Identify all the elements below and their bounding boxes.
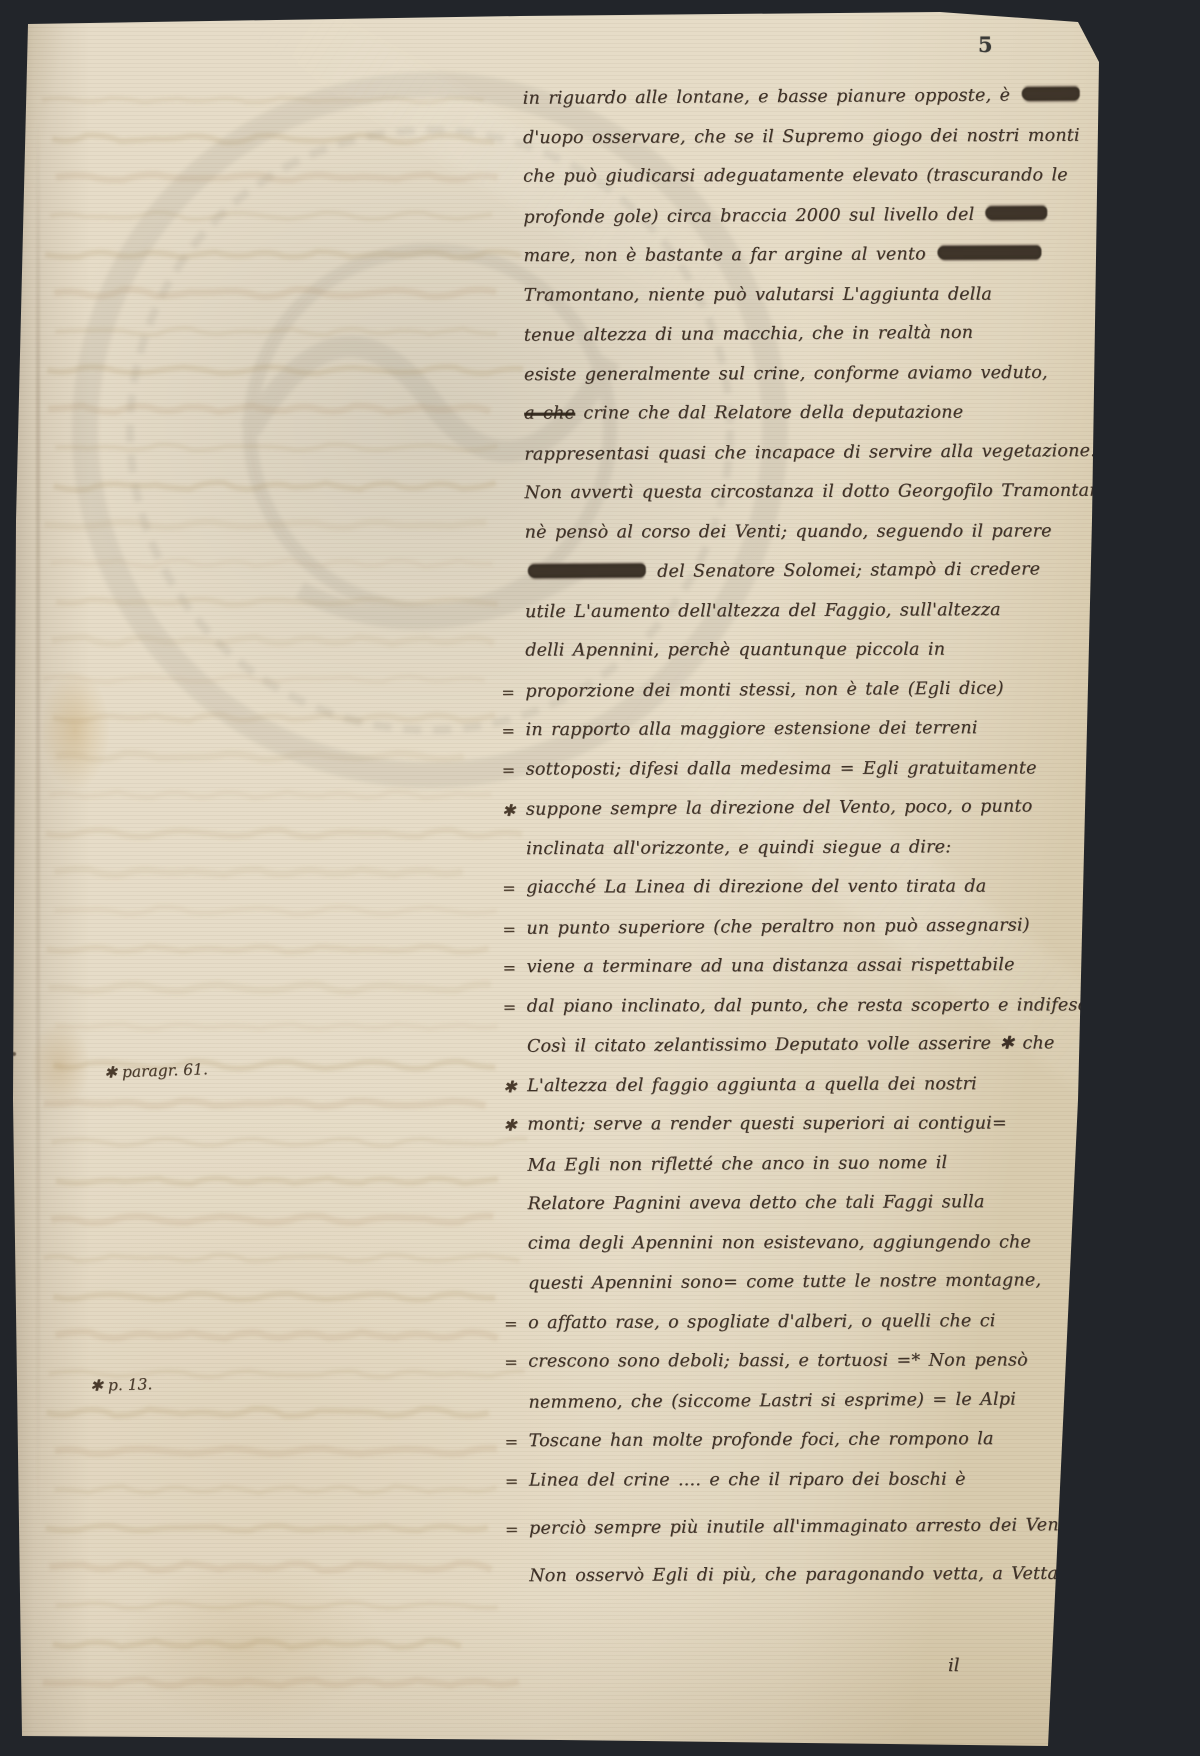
scribble-redaction <box>1021 87 1079 100</box>
text-line: =giacché La Linea di direzione del vento… <box>500 867 1085 908</box>
text-segment: dal piano inclinato, dal punto, che rest… <box>527 995 1104 1016</box>
scribble-redaction <box>528 564 646 578</box>
line-marker: = <box>505 1510 519 1550</box>
text-segment: Relatore Pagnini aveva detto che tali Fa… <box>528 1192 985 1214</box>
text-line: delli Apennini, perchè quantunque piccol… <box>499 630 1084 671</box>
text-line: Non avvertì questa circostanza il dotto … <box>498 472 1083 514</box>
text-segment: cima degli Apennini non esistevano, aggi… <box>528 1232 1031 1253</box>
text-line: =Linea del crine .... e che il riparo de… <box>503 1460 1088 1501</box>
line-marker: = <box>502 750 516 790</box>
text-line: =crescono sono deboli; bassi, e tortuosi… <box>502 1341 1087 1382</box>
manuscript-text: in riguardo alle lontane, e basse pianur… <box>497 77 1089 1597</box>
line-marker: = <box>504 1304 518 1344</box>
ink-specks <box>6 92 10 96</box>
text-line: =un punto superiore (che peraltro non pu… <box>500 906 1085 949</box>
text-line: esiste generalmente sul crine, conforme … <box>498 353 1083 395</box>
text-line: ✱suppone sempre la direzione del Vento, … <box>500 787 1085 830</box>
text-line: =dal piano inclinato, dal punto, che res… <box>501 986 1086 1027</box>
text-segment: Linea del crine .... e che il riparo dei… <box>529 1469 966 1490</box>
text-segment: L'altezza del faggio aggiunta a quella d… <box>527 1074 977 1096</box>
scribble-redaction <box>937 246 1041 259</box>
text-segment: in riguardo alle lontane, e basse pianur… <box>523 86 1019 109</box>
text-line: =Toscane han molte profonde foci, che ro… <box>503 1420 1088 1462</box>
line-marker: = <box>502 909 516 949</box>
text-line: Relatore Pagnini aveva detto che tali Fa… <box>502 1183 1087 1225</box>
text-line: nemmeno, che (siccome Lastri si esprime)… <box>502 1380 1087 1423</box>
text-segment: Non osservò Egli di più, che paragonando… <box>529 1563 1064 1585</box>
line-marker: = <box>501 672 515 712</box>
manuscript-page: 5 in riguardo alle lontane, e basse pian… <box>0 0 1200 1756</box>
text-line: mare, non è bastante a far argine al ven… <box>497 235 1082 277</box>
text-segment: Ma Egli non rifletté che anco in suo nom… <box>527 1153 947 1176</box>
line-marker: = <box>505 1461 519 1501</box>
strikethrough-text: a che <box>524 403 575 423</box>
text-line: =in rapporto alla maggiore estensione de… <box>499 709 1084 751</box>
text-segment: Toscane han molte profonde foci, che rom… <box>529 1429 994 1451</box>
text-segment: proporzione dei monti stessi, non è tale… <box>525 678 1004 701</box>
text-segment: d'uopo osservare, che se il Supremo giog… <box>523 125 1080 147</box>
text-segment: che può giudicarsi adeguatamente elevato… <box>523 165 1068 186</box>
line-marker: ✱ <box>502 791 516 831</box>
text-line: ✱L'altezza del faggio aggiunta a quella … <box>501 1064 1086 1106</box>
text-line: Non osservò Egli di più, che paragonando… <box>503 1554 1088 1596</box>
marginal-note: ✱ p. 13. <box>90 1375 153 1395</box>
text-segment: utile L'aumento dell'altezza del Faggio,… <box>525 600 1001 622</box>
text-line: =o affatto rase, o spogliate d'alberi, o… <box>502 1301 1087 1343</box>
text-line: =proporzione dei monti stessi, non è tal… <box>499 669 1084 712</box>
text-segment: o affatto rase, o spogliate d'alberi, o … <box>528 1311 995 1333</box>
text-segment: un punto superiore (che peraltro non può… <box>526 915 1030 938</box>
text-line: inclinata all'orizzonte, e quindi siegue… <box>500 827 1085 869</box>
line-marker: = <box>503 987 517 1027</box>
text-segment: monti; serve a render questi superiori a… <box>527 1114 1007 1135</box>
text-line: nè pensò al corso dei Venti; quando, seg… <box>499 512 1084 553</box>
text-line: questi Apennini sono= come tutte le nost… <box>502 1261 1087 1304</box>
text-line: Tramontano, niente può valutarsi L'aggiu… <box>498 275 1083 316</box>
text-segment: delli Apennini, perchè quantunque piccol… <box>525 640 945 661</box>
text-segment: perciò sempre più inutile all'immaginato… <box>529 1515 1093 1539</box>
text-line: =perciò sempre più inutile all'immaginat… <box>503 1506 1088 1549</box>
text-line: =viene a terminare ad una distanza assai… <box>500 946 1085 988</box>
text-segment: Non avvertì questa circostanza il dotto … <box>524 481 1112 504</box>
text-segment: Così il citato zelantissimo Deputato vol… <box>527 1033 1055 1056</box>
text-segment: nemmeno, che (siccome Lastri si esprime)… <box>528 1389 1016 1412</box>
line-marker: = <box>502 948 516 988</box>
paper-stain <box>40 670 110 790</box>
text-segment: Tramontano, niente può valutarsi L'aggiu… <box>524 284 992 305</box>
text-segment: crescono sono deboli; bassi, e tortuosi … <box>528 1350 1028 1371</box>
text-line: rappresentasi quasi che incapace di serv… <box>498 432 1083 475</box>
page-number: 5 <box>978 32 994 57</box>
text-segment: suppone sempre la direzione del Vento, p… <box>526 796 1033 819</box>
text-line: utile L'aumento dell'altezza del Faggio,… <box>499 590 1084 632</box>
text-line: tenue altezza di una macchia, che in rea… <box>498 313 1083 356</box>
text-segment: nè pensò al corso dei Venti; quando, seg… <box>525 521 1052 542</box>
text-segment: profonde gole) circa braccia 2000 sul li… <box>523 204 982 227</box>
paper-stain <box>120 1560 380 1730</box>
line-marker: = <box>501 711 515 751</box>
text-segment: questi Apennini sono= come tutte le nost… <box>528 1270 1041 1293</box>
text-segment: mare, non è bastante a far argine al ven… <box>523 244 934 266</box>
text-segment: in rapporto alla maggiore estensione dei… <box>525 718 977 740</box>
text-line: ✱monti; serve a render questi superiori … <box>501 1104 1086 1145</box>
catchword: il <box>948 1655 960 1676</box>
line-marker: = <box>502 869 516 909</box>
paper-crease <box>36 120 40 1520</box>
text-line: Ma Egli non rifletté che anco in suo nom… <box>501 1143 1086 1186</box>
text-line: in riguardo alle lontane, e basse pianur… <box>497 76 1082 119</box>
text-line: Così il citato zelantissimo Deputato vol… <box>501 1024 1086 1067</box>
text-line: cima degli Apennini non esistevano, aggi… <box>502 1223 1087 1264</box>
scribble-redaction <box>986 206 1048 219</box>
text-segment: giacché La Linea di direzione del vento … <box>526 877 986 898</box>
line-marker: ✱ <box>503 1106 517 1146</box>
line-marker: ✱ <box>503 1067 517 1107</box>
text-segment: esiste generalmente sul crine, conforme … <box>524 362 1048 384</box>
text-line: a che crine che dal Relatore della deput… <box>498 393 1083 434</box>
line-marker: = <box>505 1422 519 1462</box>
text-segment: tenue altezza di una macchia, che in rea… <box>524 323 973 346</box>
text-segment: crine che dal Relatore della deputazione <box>575 403 963 424</box>
text-line: d'uopo osservare, che se il Supremo giog… <box>497 116 1082 158</box>
line-marker: = <box>504 1343 518 1383</box>
text-segment: viene a terminare ad una distanza assai … <box>527 955 1015 977</box>
text-line: profonde gole) circa braccia 2000 sul li… <box>497 195 1082 238</box>
marginal-note: ✱ paragr. 61. <box>104 1060 208 1082</box>
text-line: che può giudicarsi adeguatamente elevato… <box>497 156 1082 197</box>
text-segment: sottoposti; difesi dalla medesima = Egli… <box>526 758 1037 779</box>
text-segment: inclinata all'orizzonte, e quindi siegue… <box>526 837 951 859</box>
text-segment: del Senatore Solomei; stampò di credere <box>649 559 1040 582</box>
text-line: del Senatore Solomei; stampò di credere <box>499 550 1084 593</box>
text-line: =sottoposti; difesi dalla medesima = Egl… <box>500 749 1085 790</box>
text-segment: rappresentasi quasi che incapace di serv… <box>524 441 1096 465</box>
